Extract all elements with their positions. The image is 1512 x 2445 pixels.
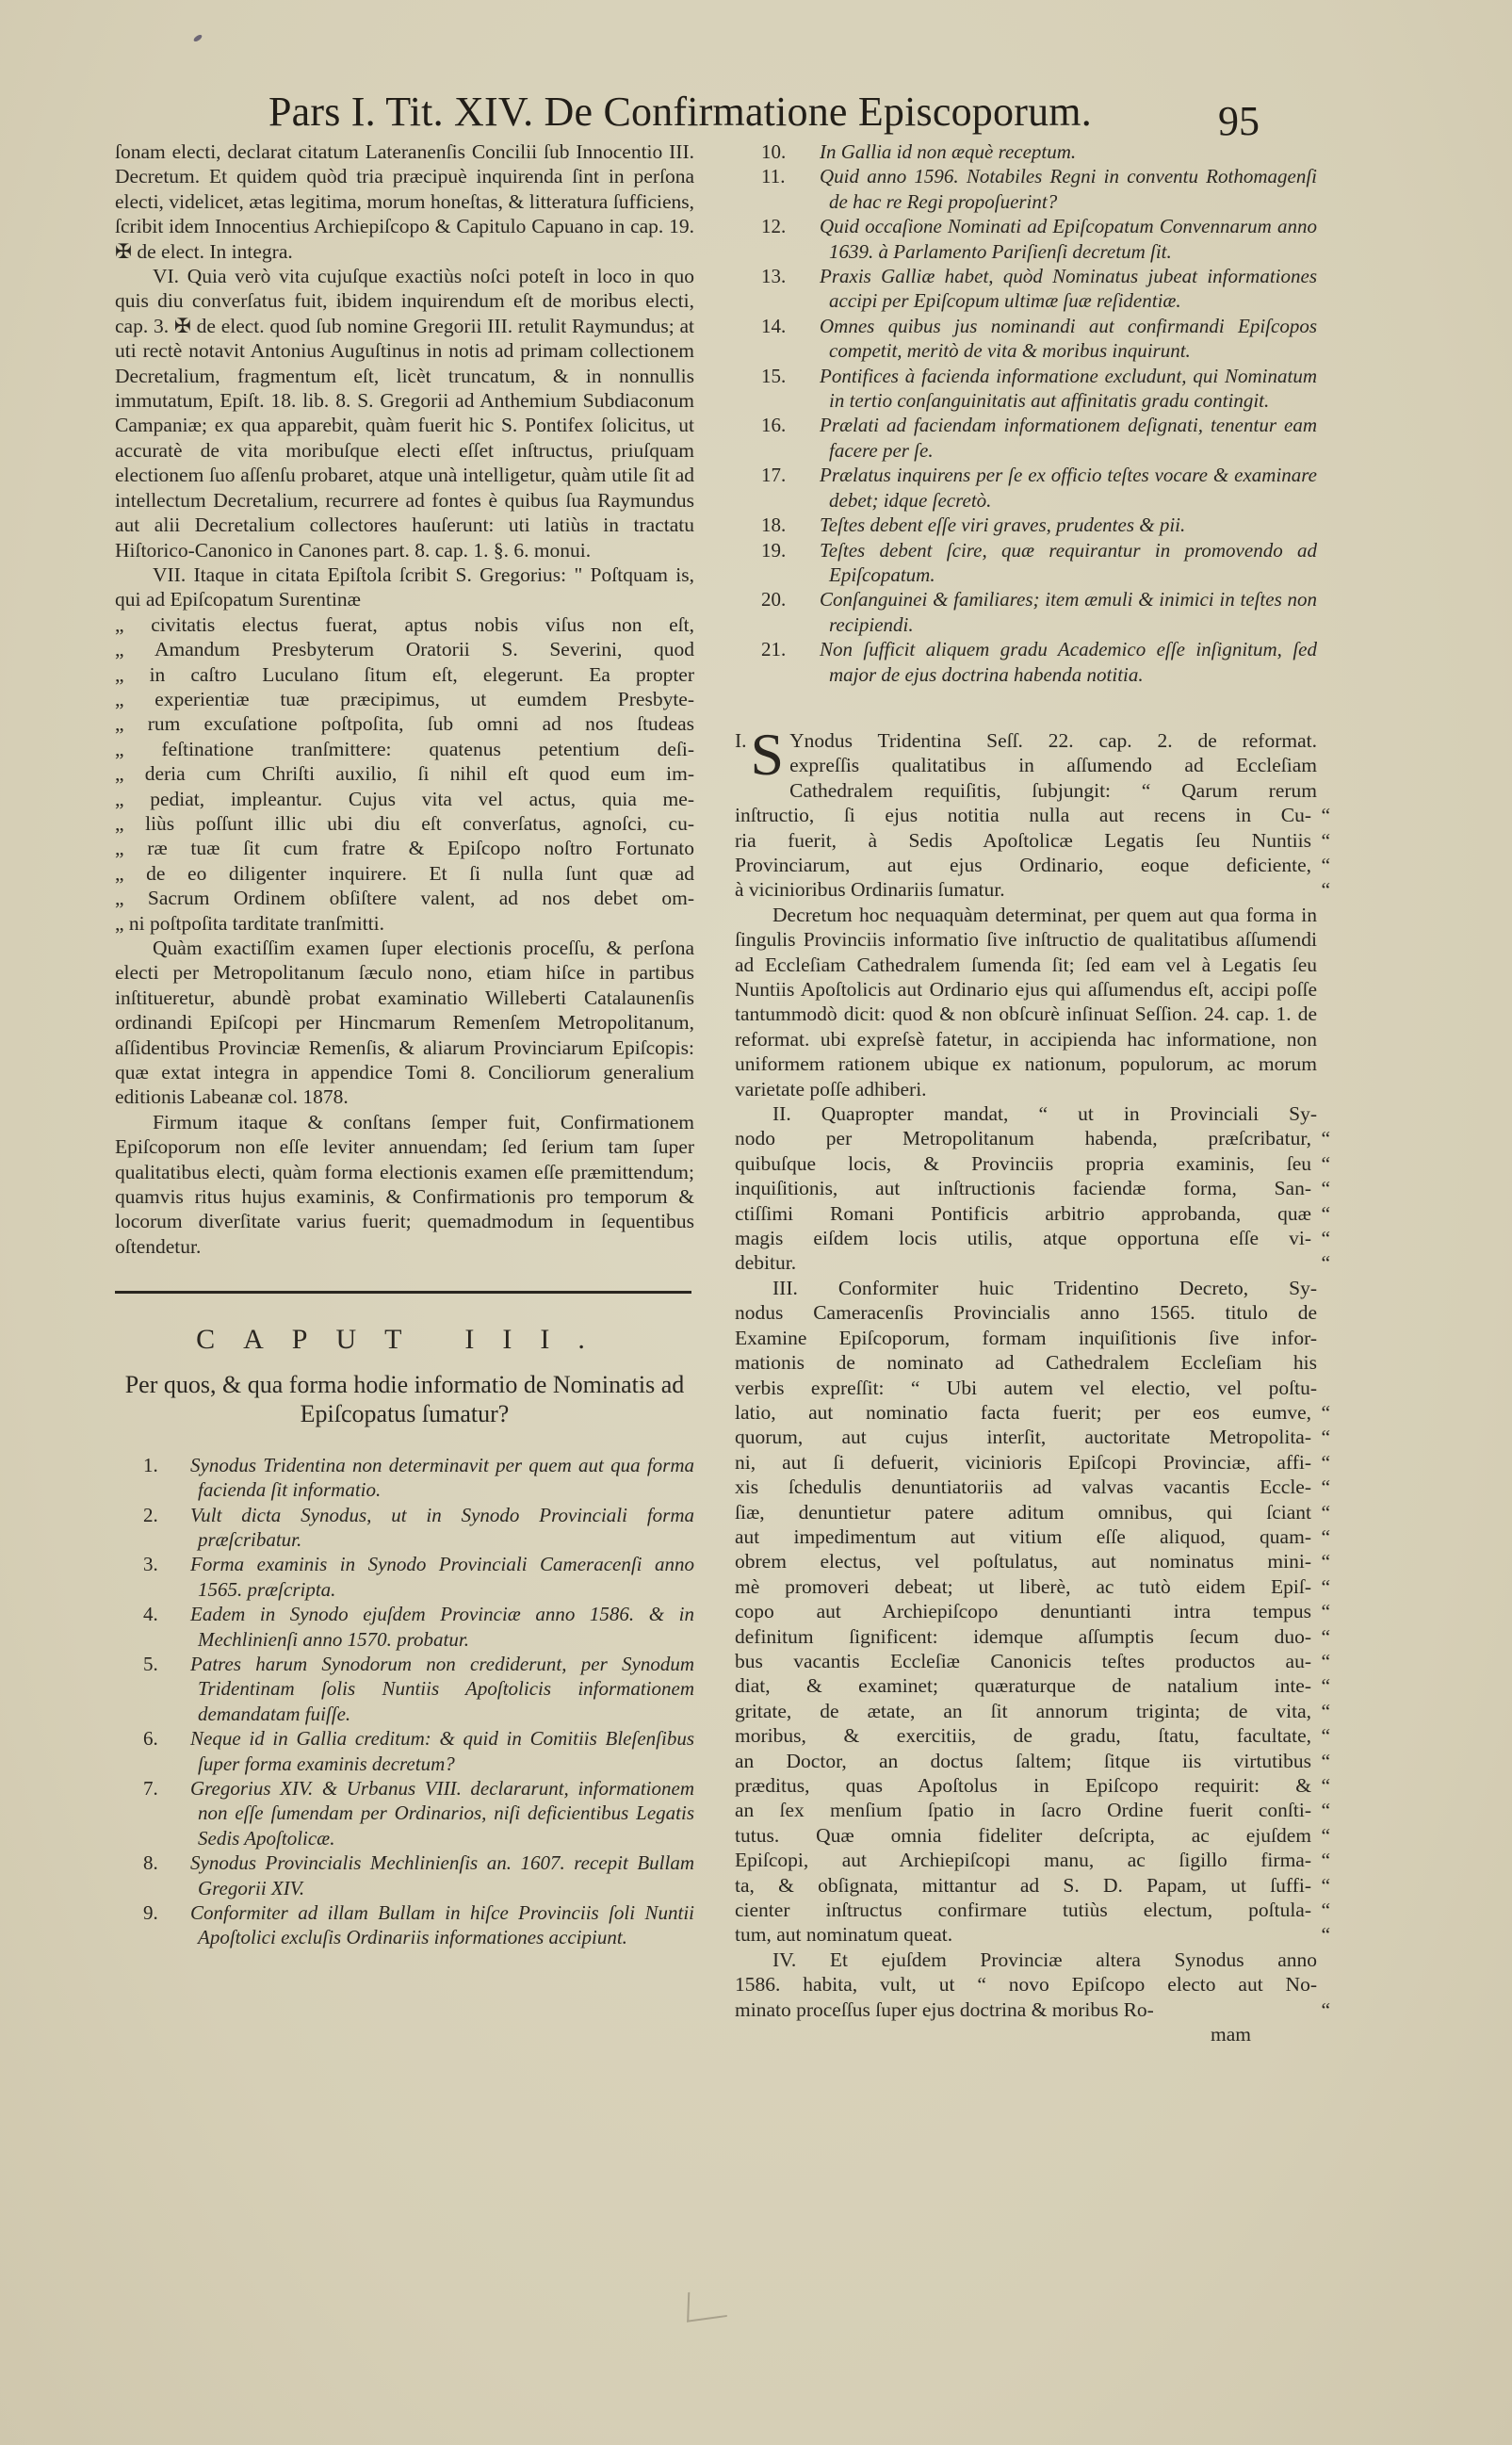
summary-item-text: Conformiter ad illam Bullam in hiſce Pro…: [190, 1901, 694, 1948]
summary-item-text: Neque id in Gallia creditum: & quid in C…: [190, 1727, 694, 1774]
summary-item: 4.Eadem in Synodo ejuſdem Provinciæ anno…: [115, 1602, 694, 1652]
summary-item-text: Patres harum Synodorum non crediderunt, …: [190, 1653, 694, 1725]
text-line: ſiæ, denuntietur patere aditum omnibus, …: [735, 1500, 1317, 1524]
quote-mark: „: [115, 762, 145, 785]
margin-quote-mark: “: [1321, 1699, 1330, 1723]
quote-mark: „: [115, 663, 150, 686]
margin-quote-mark: “: [1321, 1649, 1330, 1673]
summary-item: 20.Conſanguinei & familiares; item æmuli…: [735, 587, 1317, 637]
margin-quote-mark: “: [1321, 1151, 1330, 1176]
text-line: diat, & examinet; quæraturque de nataliu…: [735, 1673, 1317, 1698]
quotation-line: „ feſtinatione tranſmittere: quatenus pe…: [115, 737, 694, 761]
margin-quote-mark: “: [1321, 828, 1330, 853]
text-line: tutus. Quæ omnia fideliter deſcripta, ac…: [735, 1823, 1317, 1848]
summary-item: 11.Quid anno 1596. Notabiles Regni in co…: [735, 164, 1317, 214]
summary-item-number: 10.: [761, 139, 820, 164]
summary-item-number: 12.: [761, 214, 820, 238]
quote-mark: „: [115, 788, 150, 810]
text-line: copo aut Archiepiſcopo denuntianti intra…: [735, 1599, 1317, 1623]
text-line: expreſſis qualitatibus in aſſumendo ad E…: [735, 753, 1317, 777]
text-line: inquiſitionis, aut inſtructionis faciend…: [735, 1176, 1317, 1200]
summary-item-text: Prælati ad faciendam informationem deſig…: [820, 414, 1317, 461]
text-line: verbis expreſſit: “ Ubi autem vel electi…: [735, 1376, 1317, 1400]
summary-item: 8.Synodus Provincialis Mechlinienſis an.…: [115, 1850, 694, 1900]
text-line: debitur.“: [735, 1250, 1317, 1275]
margin-quote-mark: “: [1321, 1798, 1330, 1822]
margin-quote-mark: “: [1321, 1723, 1330, 1748]
quotation-line: „ deria cum Chriſti auxilio, ſi nihil eſ…: [115, 761, 694, 786]
summary-item-number: 14.: [761, 314, 820, 338]
summary-item-text: Quid anno 1596. Notabiles Regni in conve…: [820, 165, 1317, 212]
margin-quote-mark: “: [1321, 1873, 1330, 1898]
gregory-quotation: „ civitatis electus fuerat, aptus nobis …: [115, 612, 694, 936]
text-line: II. Quapropter mandat, “ ut in Provincia…: [735, 1101, 1317, 1126]
margin-quote-mark: “: [1321, 1475, 1330, 1499]
paragraph-vi: VI. Quia verò vita cujuſque exactiùs noſ…: [115, 264, 694, 562]
quotation-line: „ liùs poſſunt illic ubi diu eſt converſ…: [115, 811, 694, 836]
text-line: quorum, aut cujus interſit, auctoritate …: [735, 1425, 1317, 1449]
margin-quote-mark: “: [1321, 1749, 1330, 1773]
summary-item-text: Vult dicta Synodus, ut in Synodo Provinc…: [190, 1504, 694, 1551]
quotation-line: „ experientiæ tuæ præcipimus, ut eumdem …: [115, 687, 694, 711]
margin-quote-mark: “: [1321, 1773, 1330, 1798]
summary-item-number: 20.: [761, 587, 820, 611]
quote-mark: „: [115, 638, 154, 660]
running-title: Pars I. Tit. XIV. De Confirmatione Episc…: [268, 88, 1248, 136]
summary-item-text: In Gallia id non æquè receptum.: [820, 140, 1076, 163]
text-line: mè promoveri debeat; ut liberè, ac tutò …: [735, 1574, 1317, 1599]
text-line: cienter inſtructus confirmare tutiùs ele…: [735, 1898, 1317, 1922]
summary-item-number: 13.: [761, 264, 820, 288]
summary-item-text: Omnes quibus jus nominandi aut confirman…: [820, 315, 1317, 362]
summary-item: 19.Teſtes debent ſcire, quæ requirantur …: [735, 538, 1317, 588]
pencil-mark: [687, 2287, 728, 2323]
summary-item-number: 5.: [143, 1652, 190, 1676]
summary-item-text: Quid occaſione Nominati ad Epiſcopatum C…: [820, 215, 1317, 262]
quotation-line: „ de eo diligenter inquirere. Et ſi null…: [115, 861, 694, 886]
text-line: minato proceſſus ſuper ejus doctrina & m…: [735, 1997, 1317, 2022]
summary-item-text: Pontifices à facienda informatione exclu…: [820, 365, 1317, 412]
section-ii: II. Quapropter mandat, “ ut in Provincia…: [735, 1101, 1317, 1276]
summary-item-number: 18.: [761, 513, 820, 537]
left-column: ſonam electi, declarat citatum Lateranen…: [115, 139, 694, 1950]
quote-mark: „: [115, 613, 151, 636]
summary-item-text: Non ſufficit aliquem gradu Academico eſſ…: [820, 638, 1317, 685]
summary-item: 17.Prælatus inquirens per ſe ex officio …: [735, 463, 1317, 513]
summary-item: 2.Vult dicta Synodus, ut in Synodo Provi…: [115, 1503, 694, 1553]
paragraph-vii: VII. Itaque in citata Epiſtola ſcribit S…: [115, 562, 694, 612]
margin-quote-mark: “: [1321, 1425, 1330, 1449]
summary-item: 7.Gregorius XIV. & Urbanus VIII. declara…: [115, 1776, 694, 1850]
quote-mark: „: [115, 862, 146, 885]
text-line: definitum ſignificent: idemque aſſumptis…: [735, 1624, 1317, 1649]
paragraph-firmum: Firmum itaque & conſtans ſemper fuit, Co…: [115, 1110, 694, 1259]
summary-item-number: 3.: [143, 1552, 190, 1576]
margin-quote-mark: “: [1321, 877, 1330, 902]
margin-quote-mark: “: [1321, 1823, 1330, 1848]
summary-item: 10.In Gallia id non æquè receptum.: [735, 139, 1317, 164]
quotation-line: „ civitatis electus fuerat, aptus nobis …: [115, 612, 694, 637]
text-line: inſtructio, ſi ejus notitia nulla aut re…: [735, 803, 1317, 827]
summary-item-number: 7.: [143, 1776, 190, 1801]
quotation-line: „ ræ tuæ ſit cum fratre & Epiſcopo noſtr…: [115, 836, 694, 860]
margin-quote-mark: “: [1321, 1450, 1330, 1475]
text-line: 1586. habita, vult, ut “ novo Epiſcopo e…: [735, 1972, 1317, 1997]
margin-quote-mark: “: [1321, 1250, 1330, 1275]
summary-item-text: Prælatus inquirens per ſe ex officio teſ…: [820, 464, 1317, 511]
quote-mark: „: [115, 837, 147, 859]
text-line: præditus, quas Apoſtolus in Epiſcopo req…: [735, 1773, 1317, 1798]
margin-quote-mark: “: [1321, 1226, 1330, 1250]
quotation-line: „ Sacrum Ordinem obſiſtere valent, ad no…: [115, 886, 694, 910]
text-line: ctiſſimi Romani Pontificis arbitrio appr…: [735, 1201, 1317, 1226]
margin-quote-mark: “: [1321, 1126, 1330, 1150]
margin-quote-mark: “: [1321, 1673, 1330, 1698]
quote-mark: „: [115, 912, 129, 935]
margin-quote-mark: “: [1321, 1524, 1330, 1549]
summary-item-number: 17.: [761, 463, 820, 487]
text-line: IV. Et ejuſdem Provinciæ altera Synodus …: [735, 1948, 1317, 1972]
summary-item-text: Synodus Provincialis Mechlinienſis an. 1…: [190, 1851, 694, 1899]
summary-item: 21.Non ſufficit aliquem gradu Academico …: [735, 637, 1317, 687]
text-line: aut impedimentum aut vitium eſſe aliquod…: [735, 1524, 1317, 1549]
quote-mark: „: [115, 688, 154, 710]
text-line: an ſex menſium ſpatio in ſacro Ordine fu…: [735, 1798, 1317, 1822]
text-line: nodus Cameracenſis Provincialis anno 156…: [735, 1300, 1317, 1325]
summary-item-number: 4.: [143, 1602, 190, 1626]
summary-item: 5.Patres harum Synodorum non crediderunt…: [115, 1652, 694, 1726]
summary-item: 12.Quid occaſione Nominati ad Epiſcopatu…: [735, 214, 1317, 264]
summary-item: 3.Forma examinis in Synodo Provinciali C…: [115, 1552, 694, 1602]
catchword: mam: [735, 2022, 1317, 2046]
summary-item: 9.Conformiter ad illam Bullam in hiſce P…: [115, 1900, 694, 1950]
text-line: III. Conformiter huic Tridentino Decreto…: [735, 1276, 1317, 1300]
text-line: à vicinioribus Ordinariis ſumatur.“: [735, 877, 1317, 902]
text-line: ni, aut ſi defuerit, vicinioris Epiſcopi…: [735, 1450, 1317, 1475]
quote-mark: „: [115, 738, 161, 760]
summary-item-number: 8.: [143, 1850, 190, 1875]
margin-quote-mark: “: [1321, 1599, 1330, 1623]
margin-quote-mark: “: [1321, 803, 1330, 827]
summary-item-number: 9.: [143, 1900, 190, 1925]
margin-quote-mark: “: [1321, 1997, 1330, 2022]
summary-item-text: Gregorius XIV. & Urbanus VIII. declararu…: [190, 1777, 694, 1850]
margin-quote-mark: “: [1321, 1500, 1330, 1524]
quote-mark: „: [115, 887, 148, 909]
quotation-line: „ ni poſtpoſita tarditate tranſmitti.: [115, 911, 694, 936]
section-iv: IV. Et ejuſdem Provinciæ altera Synodus …: [735, 1948, 1317, 2022]
margin-quote-mark: “: [1321, 853, 1330, 877]
text-line: moribus, & exercitiis, de gradu, ſtatu, …: [735, 1723, 1317, 1748]
text-line: nodo per Metropolitanum habenda, præſcri…: [735, 1126, 1317, 1150]
text-line: mationis de nominato ad Cathedralem Eccl…: [735, 1350, 1317, 1375]
quotation-line: „ rum excuſatione poſtpoſita, ſub omni a…: [115, 711, 694, 736]
text-line: xis ſchedulis denuntiatoriis ad valvas v…: [735, 1475, 1317, 1499]
text-line: Cathedralem requiſitis, ſubjungit: “ Qar…: [735, 778, 1317, 803]
section-iii: III. Conformiter huic Tridentino Decreto…: [735, 1276, 1317, 1948]
quote-mark: „: [115, 712, 148, 735]
summary-item: 6.Neque id in Gallia creditum: & quid in…: [115, 1726, 694, 1776]
margin-quote-mark: “: [1321, 1574, 1330, 1599]
margin-quote-mark: “: [1321, 1624, 1330, 1649]
chapter-summary-list-continued: 10.In Gallia id non æquè receptum.11.Qui…: [735, 139, 1317, 687]
summary-item-number: 1.: [143, 1453, 190, 1477]
text-line: ta, & obſignata, mittantur ad S. D. Papa…: [735, 1873, 1317, 1898]
quotation-line: „ pediat, impleantur. Cujus vita vel act…: [115, 787, 694, 811]
text-line: Examine Epiſcoporum, formam inquiſitioni…: [735, 1326, 1317, 1350]
text-line: bus vacantis Eccleſiæ Canonicis teſtes p…: [735, 1649, 1317, 1673]
margin-quote-mark: “: [1321, 1898, 1330, 1922]
summary-item-text: Teſtes debent eſſe viri graves, prudente…: [820, 513, 1185, 536]
summary-item-number: 21.: [761, 637, 820, 661]
text-line: Ynodus Tridentina Seſſ. 22. cap. 2. de r…: [735, 728, 1317, 753]
margin-quote-mark: “: [1321, 1848, 1330, 1872]
text-line: Provinciarum, aut ejus Ordinario, eoque …: [735, 853, 1317, 877]
quotation-line: „ in caſtro Luculano ſitum eſt, elegerun…: [115, 662, 694, 687]
summary-item-text: Forma examinis in Synodo Provinciali Cam…: [190, 1553, 694, 1600]
text-line: an Doctor, an doctus ſaltem; ſitque iis …: [735, 1749, 1317, 1773]
summary-item: 14.Omnes quibus jus nominandi aut confir…: [735, 314, 1317, 364]
chapter-summary-list: 1.Synodus Tridentina non determinavit pe…: [115, 1453, 694, 1950]
summary-item-text: Praxis Galliæ habet, quòd Nominatus jube…: [820, 265, 1317, 312]
text-line: Epiſcopi, aut Archiepiſcopi manu, ac ſig…: [735, 1848, 1317, 1872]
chapter-subtitle: Per quos, & qua forma hodie informatio d…: [115, 1370, 694, 1428]
summary-item: 15.Pontifices à facienda informatione ex…: [735, 364, 1317, 414]
text-line: obrem electus, vel poſtulatus, aut nomin…: [735, 1549, 1317, 1573]
section-i: I. SYnodus Tridentina Seſſ. 22. cap. 2. …: [735, 728, 1317, 903]
summary-item-number: 11.: [761, 164, 820, 188]
paragraph-continuation: ſonam electi, declarat citatum Lateranen…: [115, 139, 694, 264]
summary-item-text: Conſanguinei & familiares; item æmuli & …: [820, 588, 1317, 635]
quotation-line: „ Amandum Presbyterum Oratorii S. Severi…: [115, 637, 694, 661]
summary-item: 16.Prælati ad faciendam informationem de…: [735, 413, 1317, 463]
margin-quote-mark: “: [1321, 1549, 1330, 1573]
quote-mark: „: [115, 812, 145, 835]
section-divider: [115, 1291, 691, 1294]
summary-item-number: 19.: [761, 538, 820, 562]
document-page: Pars I. Tit. XIV. De Confirmatione Episc…: [0, 0, 1512, 2445]
summary-item-number: 16.: [761, 413, 820, 437]
right-column: 10.In Gallia id non æquè receptum.11.Qui…: [735, 139, 1317, 2046]
text-line: magis eiſdem locis utilis, atque opportu…: [735, 1226, 1317, 1250]
margin-quote-mark: “: [1321, 1201, 1330, 1226]
paragraph-decretum: Decretum hoc nequaquàm determinat, per q…: [735, 903, 1317, 1101]
chapter-heading: CAPUT III.: [115, 1328, 694, 1352]
summary-item-number: 6.: [143, 1726, 190, 1751]
summary-item-number: 2.: [143, 1503, 190, 1527]
summary-item: 1.Synodus Tridentina non determinavit pe…: [115, 1453, 694, 1503]
summary-item-text: Synodus Tridentina non determinavit per …: [190, 1454, 694, 1501]
margin-quote-mark: “: [1321, 1176, 1330, 1200]
summary-item: 18.Teſtes debent eſſe viri graves, prude…: [735, 513, 1317, 537]
margin-quote-mark: “: [1321, 1400, 1330, 1425]
summary-item-text: Eadem in Synodo ejuſdem Provinciæ anno 1…: [190, 1603, 694, 1650]
summary-item-number: 15.: [761, 364, 820, 388]
margin-quote-mark: “: [1321, 1922, 1330, 1947]
summary-item-text: Teſtes debent ſcire, quæ requirantur in …: [820, 539, 1317, 586]
text-line: quibuſque locis, & Provinciis propria ex…: [735, 1151, 1317, 1176]
text-line: ria fuerit, à Sedis Apoſtolicæ Legatis ſ…: [735, 828, 1317, 853]
page-number: 95: [1218, 97, 1260, 145]
text-line: latio, aut nominatio facta fuerit; per e…: [735, 1400, 1317, 1425]
paragraph-willebert: Quàm exactiſſim examen ſuper electionis …: [115, 936, 694, 1110]
text-line: tum, aut nominatum queat.“: [735, 1922, 1317, 1947]
text-line: gritate, de ætate, an ſit annorum trigin…: [735, 1699, 1317, 1723]
summary-item: 13.Praxis Galliæ habet, quòd Nominatus j…: [735, 264, 1317, 314]
ink-speck: [192, 34, 203, 43]
